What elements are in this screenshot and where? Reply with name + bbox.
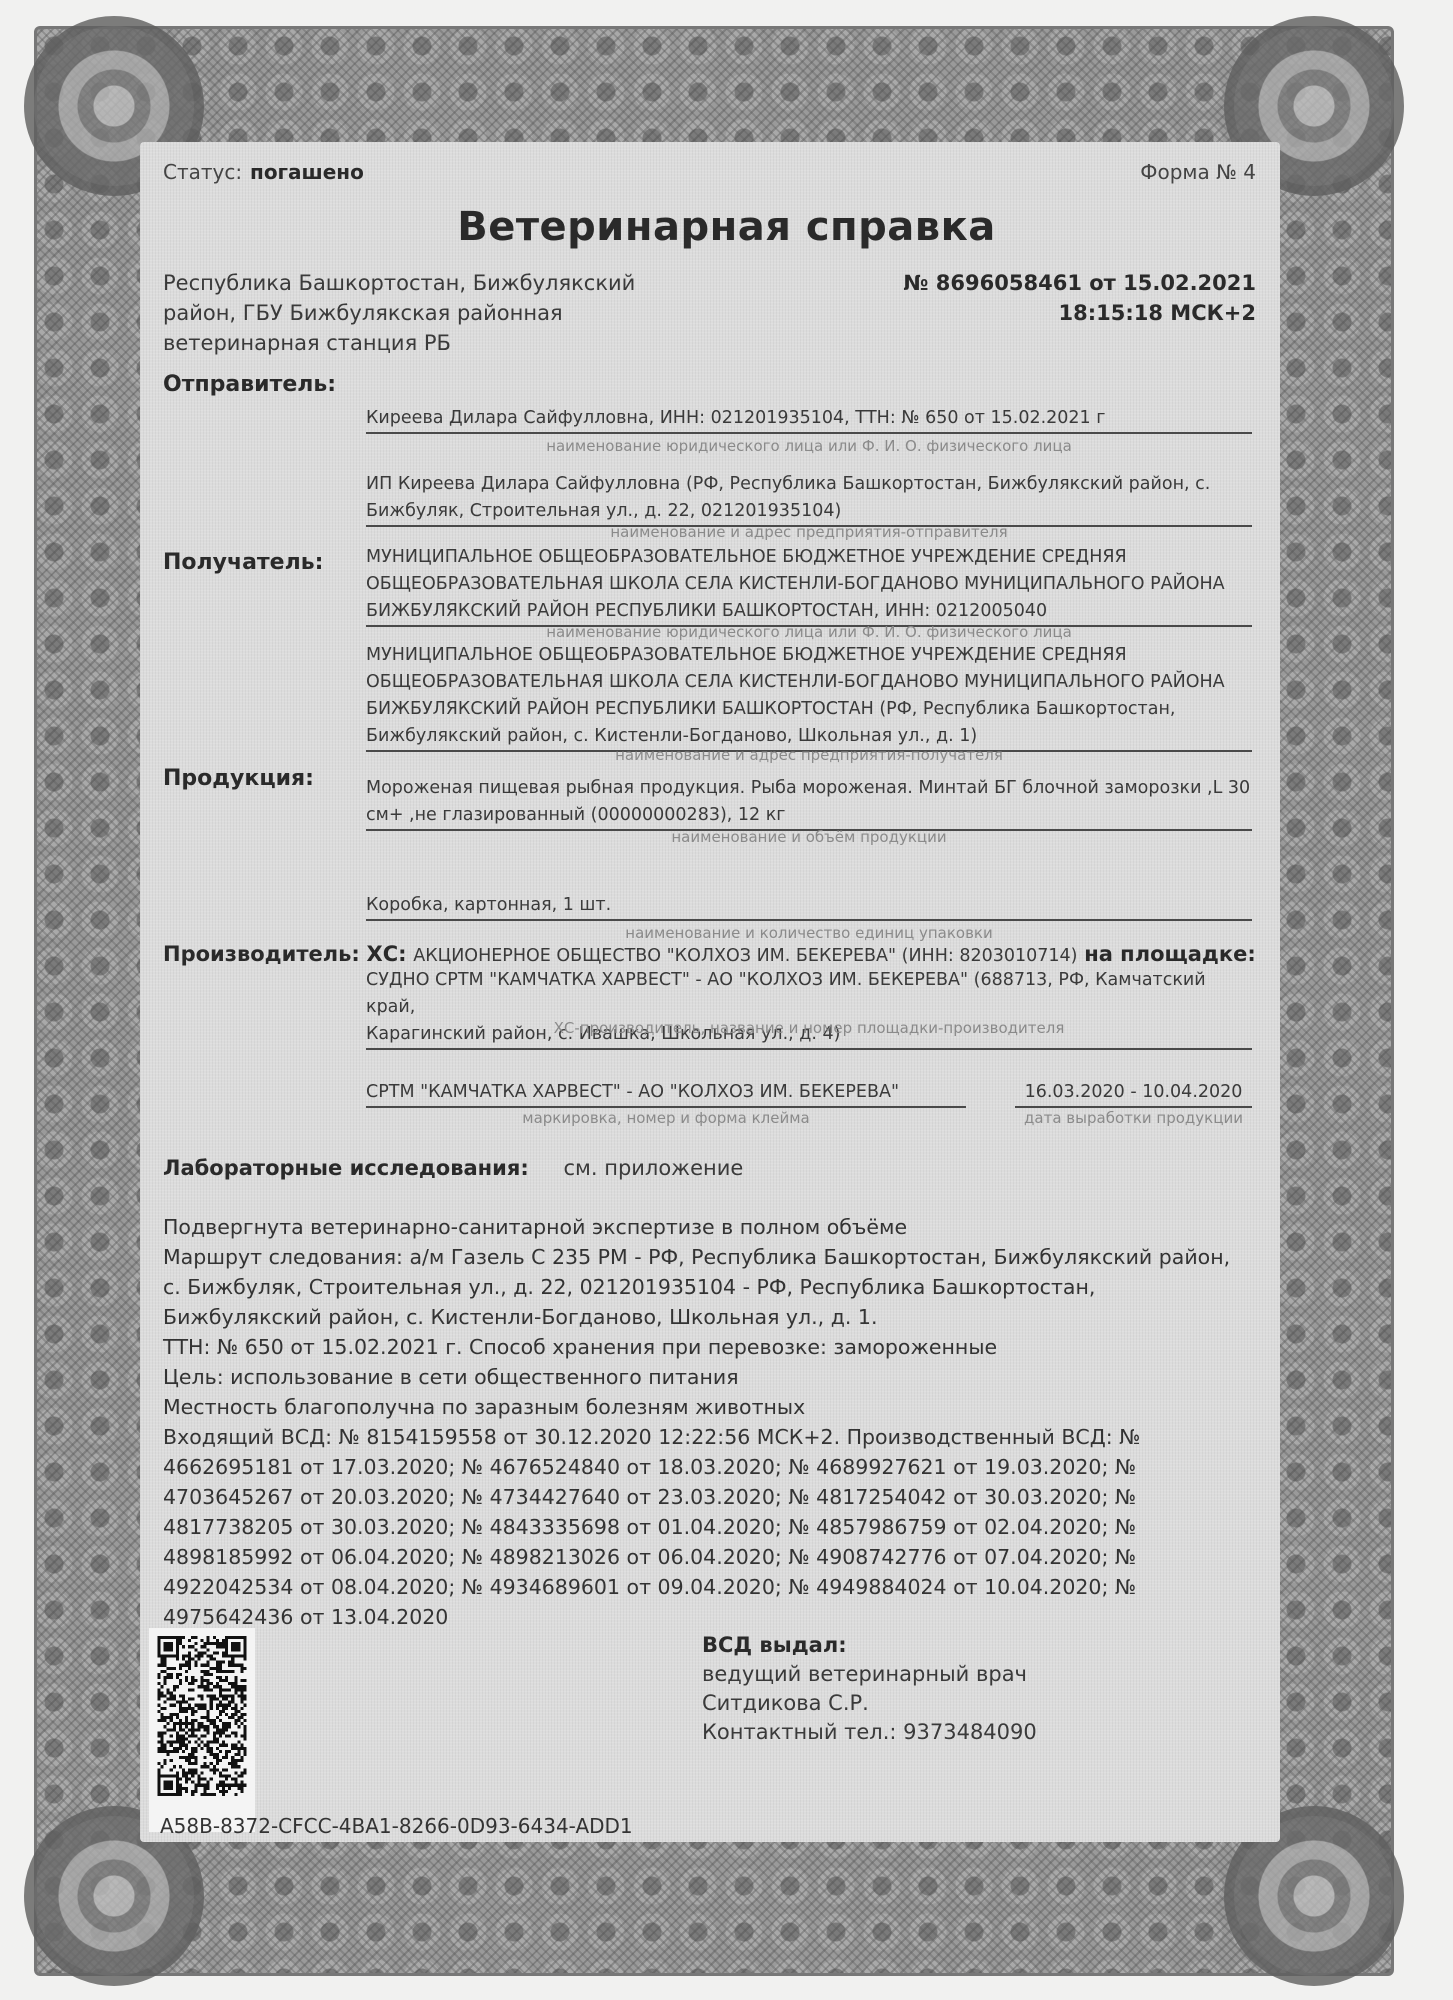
- lab-label: Лабораторные исследования:: [163, 1156, 529, 1180]
- mark-field: СРТМ "КАМЧАТКА ХАРВЕСТ" - АО "КОЛХОЗ ИМ.…: [366, 1079, 966, 1108]
- issuer-contact: Контактный тел.: 9373484090: [702, 1718, 1037, 1747]
- details-line: Маршрут следования: а/м Газель С 235 РМ …: [163, 1242, 1253, 1272]
- details-block: Подвергнута ветеринарно-санитарной экспе…: [163, 1212, 1253, 1632]
- mark-hint: маркировка, номер и форма клейма: [366, 1109, 966, 1127]
- form-number: Форма № 4: [1140, 160, 1256, 184]
- package-hint: наименование и количество единиц упаковк…: [366, 924, 1252, 942]
- recipient-name-field: МУНИЦИПАЛЬНОЕ ОБЩЕОБРАЗОВАТЕЛЬНОЕ БЮДЖЕТ…: [366, 544, 1252, 627]
- details-line: Подвергнута ветеринарно-санитарной экспе…: [163, 1212, 1253, 1242]
- product-label: Продукция:: [163, 766, 314, 791]
- product-name-hint: наименование и объём продукции: [366, 828, 1252, 846]
- producer-label: Производитель:: [163, 942, 360, 966]
- sender-label: Отправитель:: [163, 372, 336, 397]
- field-line: МУНИЦИПАЛЬНОЕ ОБЩЕОБРАЗОВАТЕЛЬНОЕ БЮДЖЕТ…: [366, 642, 1252, 669]
- issuer-position: ведущий ветеринарный врач: [702, 1660, 1037, 1689]
- field-line: БИЖБУЛЯКСКИЙ РАЙОН РЕСПУБЛИКИ БАШКОРТОСТ…: [366, 598, 1252, 625]
- field-line: Бижбуляк, Строительная ул., д. 22, 02120…: [366, 498, 1252, 525]
- issuer-line: Республика Башкортостан, Бижбулякский: [163, 268, 635, 298]
- details-line: 4922042534 от 08.04.2020; № 4934689601 о…: [163, 1572, 1253, 1602]
- field-line: ОБЩЕОБРАЗОВАТЕЛЬНАЯ ШКОЛА СЕЛА КИСТЕНЛИ-…: [366, 669, 1252, 696]
- producer-site-hint: ХС-производитель, название и номер площа…: [366, 1019, 1252, 1037]
- field-line: БИЖБУЛЯКСКИЙ РАЙОН РЕСПУБЛИКИ БАШКОРТОСТ…: [366, 696, 1252, 723]
- production-date-field: 16.03.2020 - 10.04.2020: [1015, 1079, 1252, 1108]
- field-line: ИП Киреева Дилара Сайфулловна (РФ, Респу…: [366, 471, 1252, 498]
- lab-line: Лабораторные исследования: см. приложени…: [163, 1156, 743, 1180]
- site-label: на площадке:: [1084, 942, 1256, 966]
- details-line: 4662695181 от 17.03.2020; № 4676524840 о…: [163, 1452, 1253, 1482]
- details-line: Входящий ВСД: № 8154159558 от 30.12.2020…: [163, 1422, 1253, 1452]
- field-line: см+ ,не глазированный (00000000283), 12 …: [366, 802, 1252, 829]
- producer-line: Производитель: ХС: АКЦИОНЕРНОЕ ОБЩЕСТВО …: [163, 942, 1256, 966]
- xs-label: ХС:: [367, 942, 407, 966]
- details-line: 4898185992 от 06.04.2020; № 4898213026 о…: [163, 1542, 1253, 1572]
- sender-name-hint: наименование юридического лица или Ф. И.…: [366, 437, 1252, 455]
- doc-time-line: 18:15:18 МСК+2: [903, 298, 1256, 328]
- xs-value: АКЦИОНЕРНОЕ ОБЩЕСТВО "КОЛХОЗ ИМ. БЕКЕРЕВ…: [413, 946, 1077, 966]
- sender-enterprise-hint: наименование и адрес предприятия-отправи…: [366, 523, 1252, 541]
- details-line: Бижбулякский район, с. Кистенли-Богданов…: [163, 1302, 1253, 1332]
- document-number: № 8696058461 от 15.02.2021 18:15:18 МСК+…: [903, 268, 1256, 328]
- lab-value: см. приложение: [563, 1156, 743, 1180]
- status-value: погашено: [250, 160, 364, 184]
- production-date-hint: дата выработки продукции: [1015, 1109, 1252, 1127]
- page-title: Ветеринарная справка: [0, 204, 1453, 250]
- doc-number-line: № 8696058461 от 15.02.2021: [903, 268, 1256, 298]
- producer-site-field: СУДНО СРТМ "КАМЧАТКА ХАРВЕСТ" - АО "КОЛХ…: [366, 967, 1252, 1050]
- status-label: Статус:: [163, 160, 242, 184]
- package-field: Коробка, картонная, 1 шт.: [366, 892, 1252, 921]
- details-line: ТТН: № 650 от 15.02.2021 г. Способ хране…: [163, 1332, 1253, 1362]
- recipient-enterprise-hint: наименование и адрес предприятия-получат…: [366, 746, 1252, 764]
- field-line: МУНИЦИПАЛЬНОЕ ОБЩЕОБРАЗОВАТЕЛЬНОЕ БЮДЖЕТ…: [366, 544, 1252, 571]
- issuer-name: Ситдикова С.Р.: [702, 1689, 1037, 1718]
- qr-code-icon: [149, 1628, 255, 1832]
- details-line: 4703645267 от 20.03.2020; № 4734427640 о…: [163, 1482, 1253, 1512]
- sender-name-field: Киреева Дилара Сайфулловна, ИНН: 0212019…: [366, 405, 1252, 434]
- recipient-label: Получатель:: [163, 550, 323, 575]
- issued-by-block: ВСД выдал: ведущий ветеринарный врач Сит…: [702, 1631, 1037, 1747]
- field-line: ОБЩЕОБРАЗОВАТЕЛЬНАЯ ШКОЛА СЕЛА КИСТЕНЛИ-…: [366, 571, 1252, 598]
- issuer-line: район, ГБУ Бижбулякская районная: [163, 298, 635, 328]
- issuer-organization: Республика Башкортостан, Бижбулякский ра…: [163, 268, 635, 358]
- details-line: Цель: использование в сети общественного…: [163, 1362, 1253, 1392]
- recipient-name-hint: наименование юридического лица или Ф. И.…: [366, 623, 1252, 641]
- field-line: Мороженая пищевая рыбная продукция. Рыба…: [366, 775, 1252, 802]
- document-uuid: A58B-8372-CFCC-4BA1-8266-0D93-6434-ADD1: [160, 1814, 633, 1838]
- field-line: СУДНО СРТМ "КАМЧАТКА ХАРВЕСТ" - АО "КОЛХ…: [366, 967, 1252, 1021]
- details-line: с. Бижбуляк, Строительная ул., д. 22, 02…: [163, 1272, 1253, 1302]
- product-name-field: Мороженая пищевая рыбная продукция. Рыба…: [366, 775, 1252, 831]
- details-line: 4817738205 от 30.03.2020; № 4843335698 о…: [163, 1512, 1253, 1542]
- issued-by-label: ВСД выдал:: [702, 1631, 1037, 1660]
- recipient-enterprise-field: МУНИЦИПАЛЬНОЕ ОБЩЕОБРАЗОВАТЕЛЬНОЕ БЮДЖЕТ…: [366, 642, 1252, 752]
- details-line: Местность благополучна по заразным болез…: [163, 1392, 1253, 1422]
- sender-enterprise-field: ИП Киреева Дилара Сайфулловна (РФ, Респу…: [366, 471, 1252, 527]
- details-line: 4975642436 от 13.04.2020: [163, 1602, 1253, 1632]
- issuer-line: ветеринарная станция РБ: [163, 328, 635, 358]
